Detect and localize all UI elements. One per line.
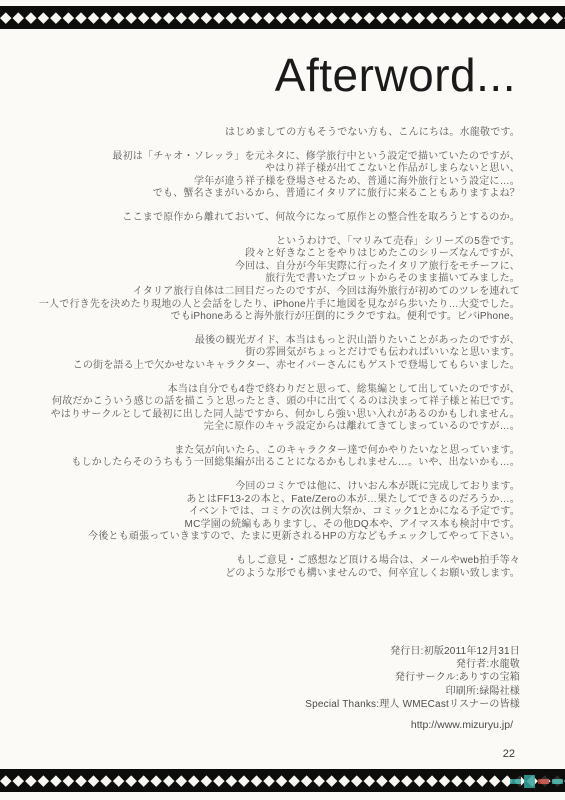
colophon-line: 発行サークル:ありすの宝箱 — [100, 671, 520, 684]
paragraph: ここまで原作から離れておいて、何故今になって原作との整合性を取ろうとするのか。 — [28, 212, 520, 225]
body-line: 最初は「チャオ・ソレッラ」を元ネタに、修学旅行中という設定で描いていたのですが、 — [28, 151, 520, 164]
body-line: ここまで原作から離れておいて、何故今になって原作との整合性を取ろうとするのか。 — [28, 212, 520, 225]
paragraph: 最初は「チャオ・ソレッラ」を元ネタに、修学旅行中という設定で描いていたのですが、… — [28, 151, 520, 201]
paragraph: もしご意見・ご感想など頂ける場合は、メールやweb拍手等々どのような形でも構いま… — [28, 555, 520, 580]
scan-watermark-icon — [510, 773, 563, 789]
paragraph: はじめましての方もそうでない方も、こんにちは。水龍敬です。 — [28, 127, 520, 140]
page-title: Afterword... — [275, 48, 516, 102]
body-line: 今回は、自分が今年実際に行ったイタリア旅行をモチーフに、 — [28, 261, 520, 274]
paragraph: また気が向いたら、このキャラクター達で何かやりたいなと思っています。もしかしたら… — [28, 445, 520, 470]
afterword-page: ◆◆◆◆◆◆◆◆◆◆◆◆◆◆◆◆◆◆◆◆◆◆◆◆◆◆◆◆◆◆◆◆◆◆◆◆◆◆◆◆… — [0, 0, 565, 800]
page-number: 22 — [503, 748, 515, 760]
body-line: 最後の観光ガイド、本当はもっと沢山語りたいことがあったのですが、 — [28, 335, 520, 348]
colophon: 発行日:初版2011年12月31日発行者:水龍敬発行サークル:ありすの宝箱印刷所… — [100, 645, 520, 711]
body-line: 一人で行き先を決めたり現地の人と会話をしたり、iPhone片手に地図を見ながら歩… — [28, 299, 520, 312]
body-line: イベントでは、コミケの次は例大祭か、コミック1とかになる予定です。 — [28, 506, 520, 519]
body-line: あとはFF13-2の本と、Fate/Zeroの本が…果たしてできるのだろうか…。 — [28, 494, 520, 507]
body-line: はじめましての方もそうでない方も、こんにちは。水龍敬です。 — [28, 127, 520, 140]
body-line: もしご意見・ご感想など頂ける場合は、メールやweb拍手等々 — [28, 555, 520, 568]
body-line: 学年が違う祥子様を登場させるため、普通に海外旅行という設定に…。 — [28, 176, 520, 189]
body-line: MC学園の続編もありますし、その他DQ本や、アイマス本も検討中です。 — [28, 519, 520, 532]
body-line: でも、蟹名さまがいるから、普通にイタリアに旅行に来ることもありますよね？ — [28, 188, 520, 201]
diamond-pattern-icon: ◆◆◆◆◆◆◆◆◆◆◆◆◆◆◆◆◆◆◆◆◆◆◆◆◆◆◆◆◆◆◆◆◆◆◆◆◆◆◆◆… — [0, 769, 565, 792]
body-line: 旅行先で書いたプロットからそのまま描いてみました。 — [28, 273, 520, 286]
body-line: もしかしたらそのうちもう一回総集編が出ることになるかもしれません…。いや、出ない… — [28, 457, 520, 470]
top-border-band: ◆◆◆◆◆◆◆◆◆◆◆◆◆◆◆◆◆◆◆◆◆◆◆◆◆◆◆◆◆◆◆◆◆◆◆◆◆◆◆◆… — [0, 6, 565, 29]
body-line: どのような形でも構いませんので、何卒宜しくお願い致します。 — [28, 568, 520, 581]
body-line: 本当は自分でも4巻で終わりだと思って、総集編として出していたのですが、 — [28, 384, 520, 397]
body-line: 今回のコミケでは他に、けいおん本が既に完成しております。 — [28, 481, 520, 494]
colophon-line: 印刷所:緑陽社様 — [100, 685, 520, 698]
bottom-border-band: ◆◆◆◆◆◆◆◆◆◆◆◆◆◆◆◆◆◆◆◆◆◆◆◆◆◆◆◆◆◆◆◆◆◆◆◆◆◆◆◆… — [0, 769, 565, 792]
paragraph: というわけで、「マリみて売春」シリーズの5巻です。段々と好きなことをやりはじめた… — [28, 236, 520, 324]
paragraph: 本当は自分でも4巻で終わりだと思って、総集編として出していたのですが、何故だかこ… — [28, 384, 520, 434]
body-line: でもiPhoneあると海外旅行が圧倒的にラクですね。便利です。ビバiPhone。 — [28, 311, 520, 324]
afterword-body: はじめましての方もそうでない方も、こんにちは。水龍敬です。最初は「チャオ・ソレッ… — [28, 127, 520, 591]
body-line: というわけで、「マリみて売春」シリーズの5巻です。 — [28, 236, 520, 249]
body-line: この街を語る上で欠かせないキャラクター、赤セイバーさんにもゲストで登場してもらい… — [28, 360, 520, 373]
site-url: http://www.mizuryu.jp/ — [411, 719, 513, 731]
colophon-line: Special Thanks:理人 WMECastリスナーの皆様 — [100, 698, 520, 711]
body-line: 街の雰囲気がちょっとだけでも伝わればいいなと思います。 — [28, 347, 520, 360]
body-line: 段々と好きなことをやりはじめたこのシリーズなんですが、 — [28, 248, 520, 261]
colophon-line: 発行日:初版2011年12月31日 — [100, 645, 520, 658]
colophon-line: 発行者:水龍敬 — [100, 658, 520, 671]
body-line: 何故だかこういう感じの話を描こうと思ったとき、頭の中に出てくるのは決まって祥子様… — [28, 396, 520, 409]
body-line: やはり祥子様が出てこないと作品がしまらないと思い、 — [28, 163, 520, 176]
body-line: 完全に原作のキャラ設定からは離れてきてしまっているのですが…。 — [28, 421, 520, 434]
body-line: また気が向いたら、このキャラクター達で何かやりたいなと思っています。 — [28, 445, 520, 458]
paragraph: 最後の観光ガイド、本当はもっと沢山語りたいことがあったのですが、街の雰囲気がちょ… — [28, 335, 520, 373]
body-line: イタリア旅行自体は二回目だったのですが、今回は海外旅行が初めてのツレを連れて — [28, 286, 520, 299]
paragraph: 今回のコミケでは他に、けいおん本が既に完成しております。あとはFF13-2の本と… — [28, 481, 520, 544]
body-line: 今後とも頑張っていきますので、たまに更新されるHPの方などもチェックしてやって下… — [28, 531, 520, 544]
body-line: やはりサークルとして最初に出した同人誌ですから、何かしら強い思い入れがあるのかも… — [28, 409, 520, 422]
diamond-pattern-icon: ◆◆◆◆◆◆◆◆◆◆◆◆◆◆◆◆◆◆◆◆◆◆◆◆◆◆◆◆◆◆◆◆◆◆◆◆◆◆◆◆… — [0, 6, 565, 29]
